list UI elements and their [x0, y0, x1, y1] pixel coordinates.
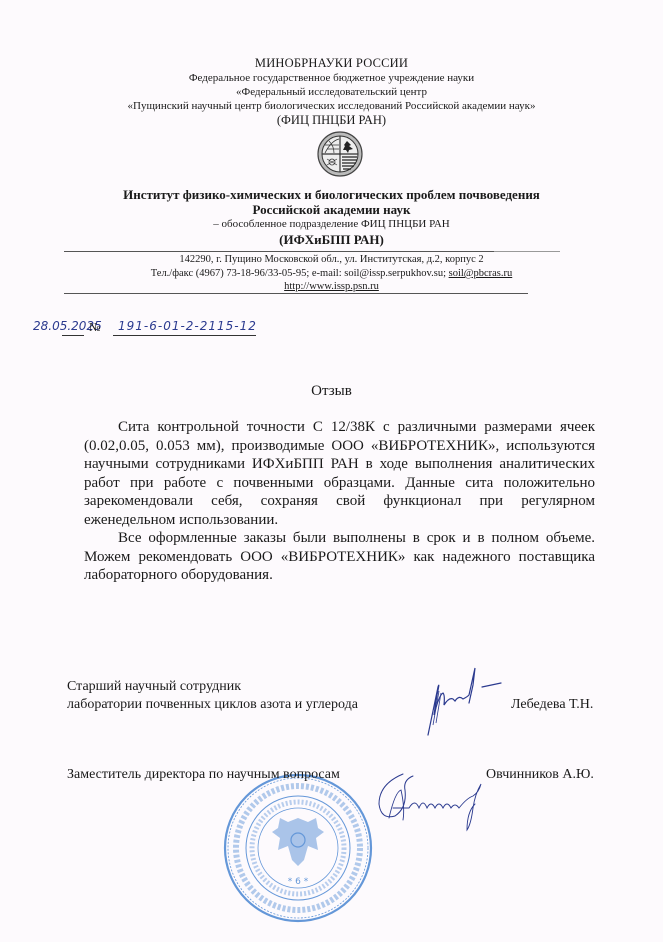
institute-abbr: (ИФХиБПП РАН) [0, 232, 663, 248]
contact-phone-email: Тел./факс (4967) 73-18-96/33-05-95; e-ma… [0, 268, 663, 279]
signature-lebedeva-icon [425, 665, 505, 740]
org-type: Федеральное государственное бюджетное уч… [0, 72, 663, 84]
header-divider-bottom [64, 293, 528, 294]
institute-subdivision: – обособленное подразделение ФИЦ ПНЦБИ Р… [0, 218, 663, 230]
center-name-line1: «Федеральный исследовательский центр [0, 86, 663, 98]
letter-paragraph: Все оформленные заказы были выполнены в … [84, 529, 595, 585]
signer1-name: Лебедева Т.Н. [511, 697, 593, 713]
header-divider-top [64, 251, 494, 252]
signer2-name: Овчинников А.Ю. [486, 767, 594, 783]
letter-body: Сита контрольной точности С 12/38К с раз… [84, 418, 595, 585]
ministry-name: МИНОБРНАУКИ РОССИИ [0, 56, 663, 71]
signer2-position: Заместитель директора по научным вопроса… [67, 767, 340, 783]
contact-phone-text: Тел./факс (4967) 73-18-96/33-05-95; e-ma… [151, 268, 449, 279]
contact-website: http://www.issp.psn.ru [0, 281, 663, 292]
letter-paragraph: Сита контрольной точности С 12/38К с раз… [84, 418, 595, 529]
number-underline [113, 335, 256, 336]
contact-address: 142290, г. Пущино Московской обл., ул. И… [0, 254, 663, 265]
stamp-center-mark: * 6 * [288, 877, 309, 887]
institute-emblem-icon [317, 131, 363, 177]
date-underline [62, 335, 84, 336]
header-divider-top-faded [494, 251, 560, 252]
registration-number-sign: № [89, 320, 100, 335]
signer1-position-line1: Старший научный сотрудник [67, 679, 241, 695]
center-name-line2: «Пущинский научный центр биологических и… [0, 100, 663, 112]
official-stamp-icon: * 6 * [222, 772, 374, 924]
center-abbr: (ФИЦ ПНЦБИ РАН) [0, 113, 663, 128]
contact-email-link[interactable]: soil@pbcras.ru [449, 268, 513, 279]
letter-title: Отзыв [0, 383, 663, 400]
institute-name-line1: Институт физико-химических и биологическ… [0, 187, 663, 203]
website-link[interactable]: http://www.issp.psn.ru [284, 281, 379, 292]
institute-name-line2: Российской академии наук [0, 202, 663, 218]
registration-number: 191-6-01-2-2115-12 [118, 319, 257, 333]
signer1-position-line2: лаборатории почвенных циклов азота и угл… [67, 697, 358, 713]
letter-page: МИНОБРНАУКИ РОССИИ Федеральное государст… [0, 0, 663, 942]
